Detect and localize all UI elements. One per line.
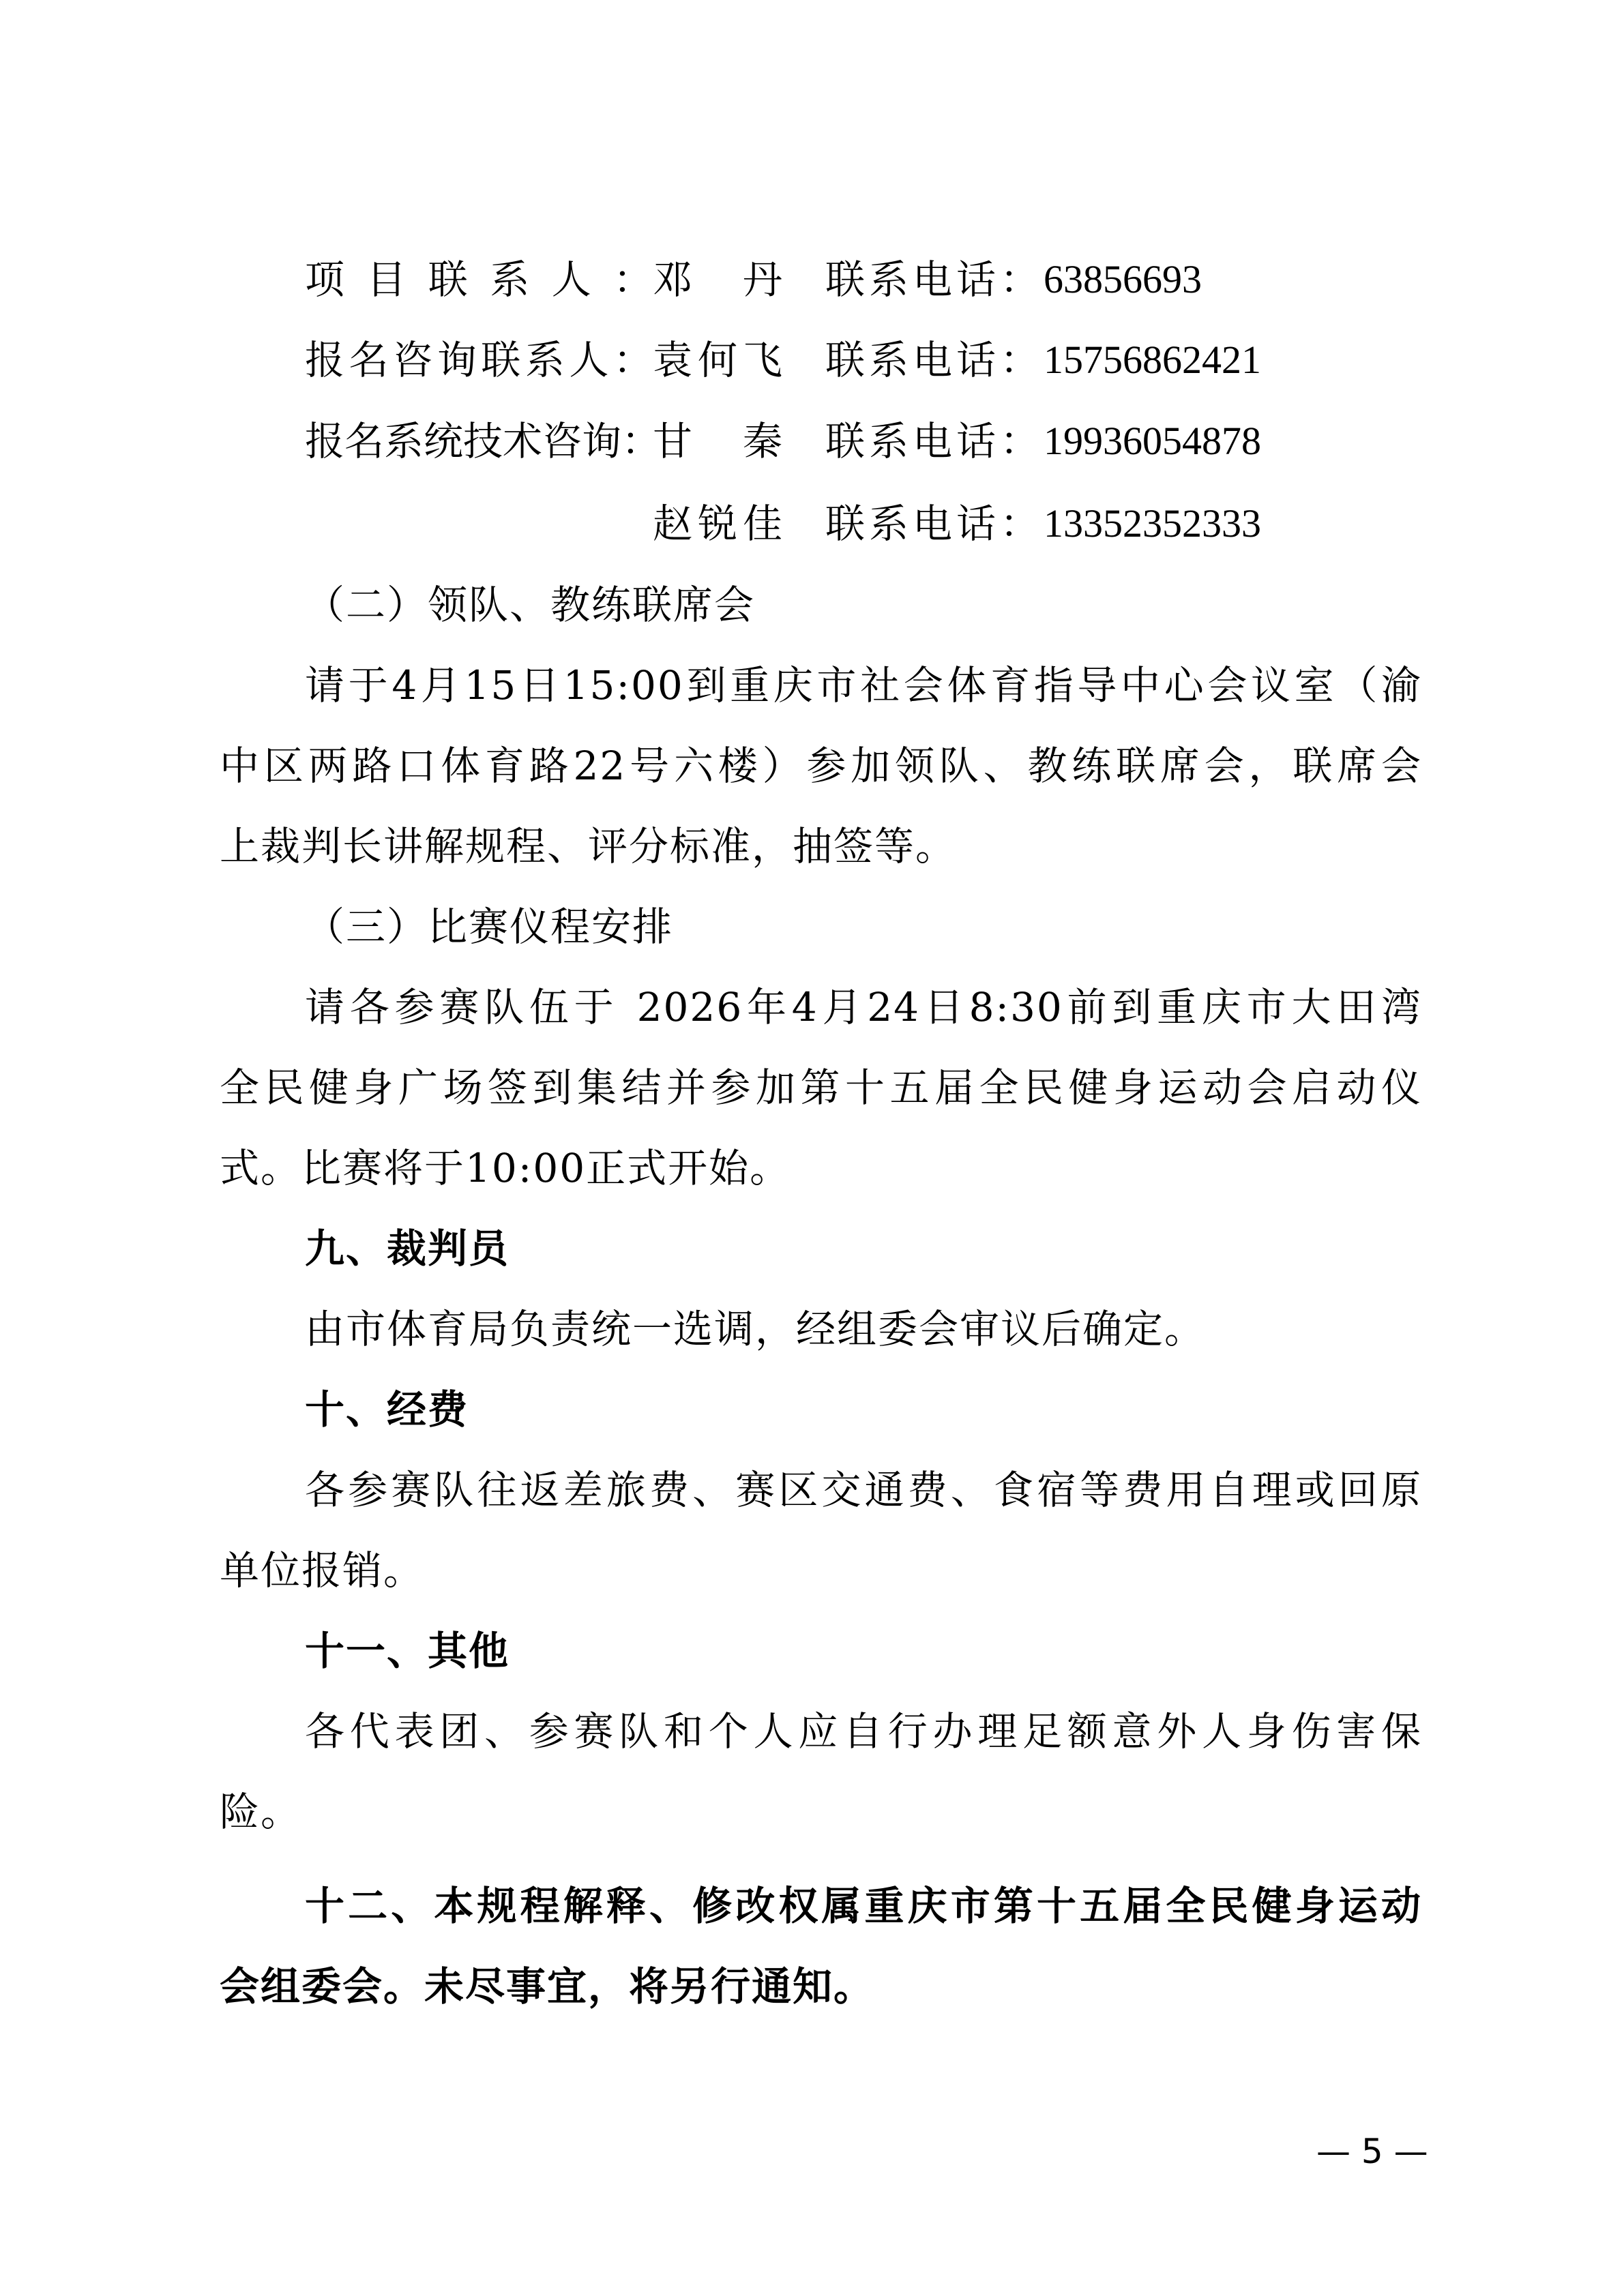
page-number: — 5 — (1316, 2131, 1428, 2172)
paragraph-line: 险。 (220, 1788, 301, 1836)
phone-label: 联系电话： (825, 336, 1044, 384)
section-heading: （三）比赛仪程安排 (305, 903, 673, 951)
contact-label: 报名咨询联系人： (305, 336, 653, 384)
contact-label: 项目联系人： (305, 256, 653, 303)
article-heading: 九、裁判员 (305, 1225, 510, 1272)
phone-number: 19936054878 (1044, 417, 1261, 465)
paragraph-line: 请于4月15日15:00到重庆市社会体育指导中心会议室（渝 (305, 661, 1422, 709)
phone-number: 63856693 (1044, 256, 1202, 303)
section-heading: （二）领队、教练联席会 (305, 581, 755, 629)
contact-label: 报名系统技术咨询： (305, 417, 653, 465)
phone-label: 联系电话： (825, 256, 1044, 303)
article-heading: 十一、其他 (305, 1627, 510, 1675)
phone-label: 联系电话： (825, 500, 1044, 548)
paragraph-line: 式。比赛将于10:00正式开始。 (220, 1144, 791, 1192)
phone-label: 联系电话： (825, 417, 1044, 465)
contact-name: 赵锐佳 (653, 500, 782, 548)
article-heading: 十二、本规程解释、修改权属重庆市第十五届全民健身运动 (305, 1882, 1422, 1930)
contact-name: 甘秦 (653, 417, 782, 465)
paragraph-line: 上裁判长讲解规程、评分标准，抽签等。 (220, 822, 956, 870)
contact-name: 邓丹 (653, 256, 782, 303)
phone-number: 13352352333 (1044, 500, 1261, 548)
phone-number: 15756862421 (1044, 336, 1261, 384)
paragraph-line: 请各参赛队伍于 2026年4月24日8:30前到重庆市大田湾 (305, 983, 1422, 1031)
document-page: 项目联系人： 邓丹 联系电话： 63856693 报名咨询联系人： 袁何飞 联系… (0, 0, 1624, 2296)
contact-name: 袁何飞 (653, 336, 782, 384)
paragraph-line: 各代表团、参赛队和个人应自行办理足额意外人身伤害保 (305, 1708, 1422, 1755)
paragraph-line: 各参赛队往返差旅费、赛区交通费、食宿等费用自理或回原 (305, 1466, 1422, 1514)
paragraph-line: 全民健身广场签到集结并参加第十五届全民健身运动会启动仪 (220, 1064, 1422, 1112)
paragraph-line: 单位报销。 (220, 1547, 424, 1594)
paragraph-line: 中区两路口体育路22号六楼）参加领队、教练联席会，联席会 (220, 742, 1422, 790)
paragraph-line: 由市体育局负责统一选调，经组委会审议后确定。 (305, 1305, 1205, 1353)
paragraph-line: 会组委会。未尽事宜，将另行通知。 (220, 1963, 874, 2010)
article-heading: 十、经费 (305, 1386, 469, 1433)
